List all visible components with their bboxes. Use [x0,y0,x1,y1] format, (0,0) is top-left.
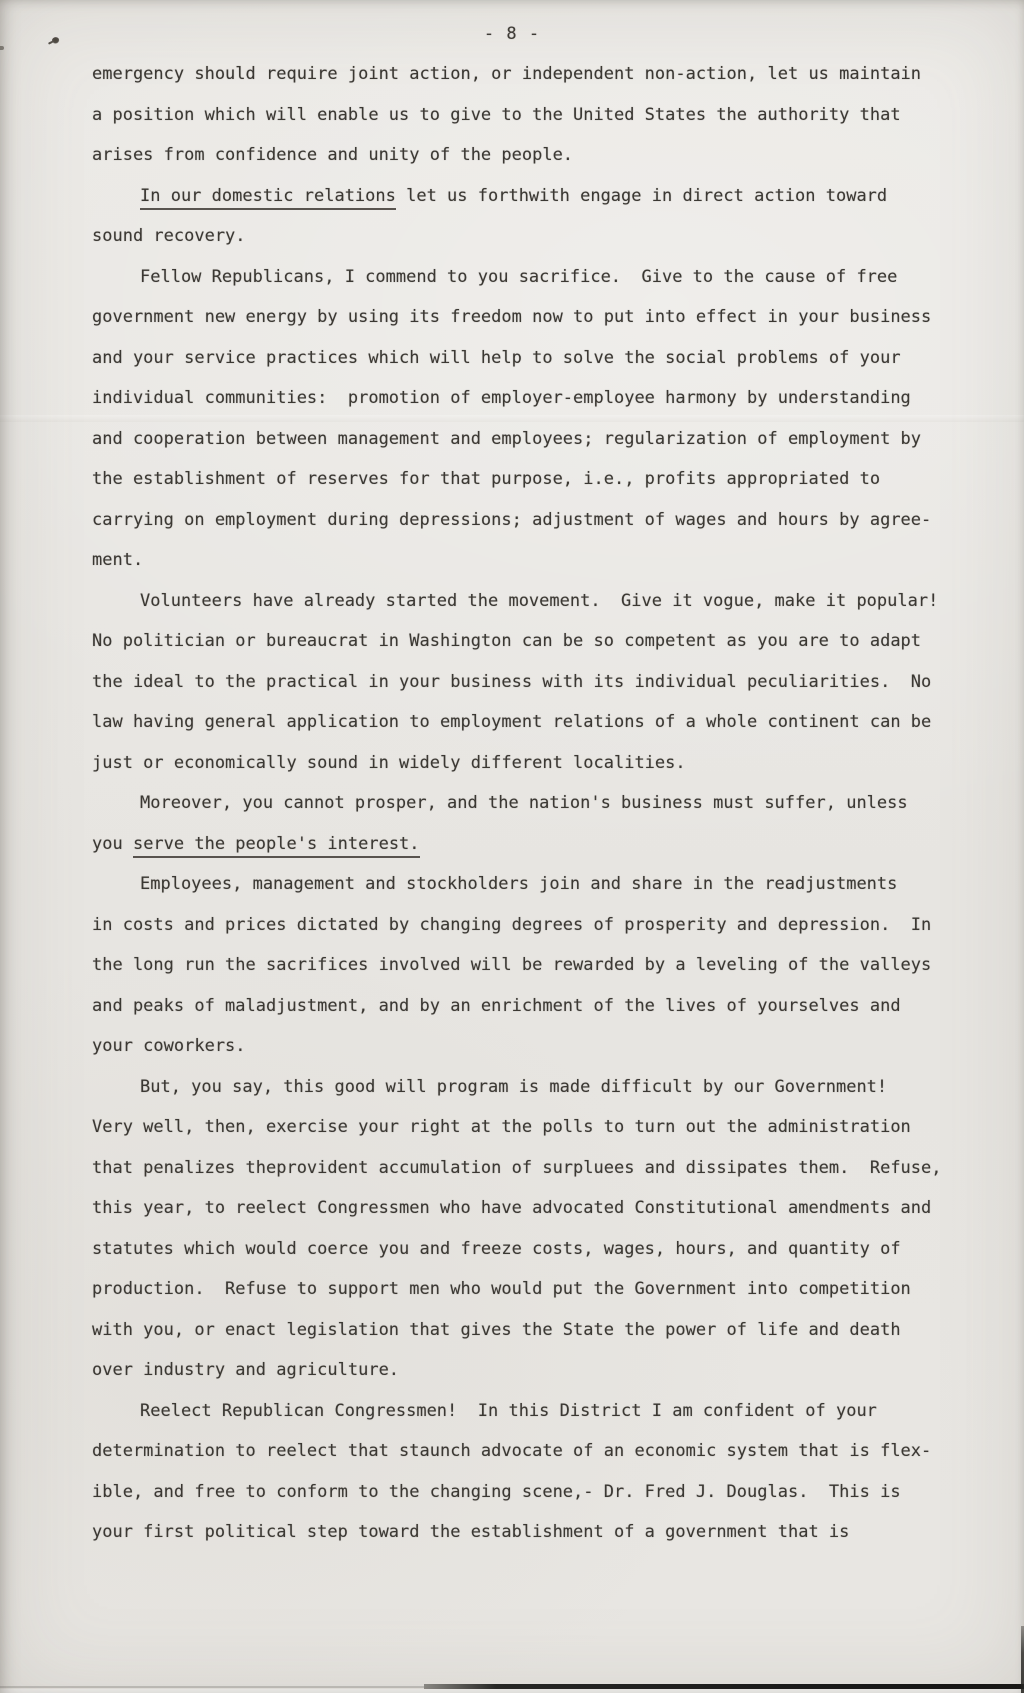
text-segment: sound recovery. [92,226,246,246]
text-line: Moreover, you cannot prosper, and the na… [92,783,992,824]
text-line: individual communities: promotion of emp… [92,378,992,419]
text-segment: carrying on employment during depression… [92,510,931,530]
text-segment: your first political step toward the est… [92,1522,849,1542]
text-segment: emergency should require joint action, o… [92,64,921,84]
text-segment: determination to reelect that staunch ad… [92,1441,931,1461]
text-segment: with you, or enact legislation that give… [92,1320,901,1340]
text-line: in costs and prices dictated by changing… [92,905,992,946]
text-line: Volunteers have already started the move… [92,581,992,622]
text-line: and cooperation between management and e… [92,419,992,460]
text-line: just or economically sound in widely dif… [92,743,992,784]
scan-edge-bottom-left [0,1686,430,1688]
text-line: emergency should require joint action, o… [92,54,992,95]
text-line: determination to reelect that staunch ad… [92,1431,992,1472]
underlined-text: serve the people's interest. [133,834,420,858]
text-segment: statutes which would coerce you and free… [92,1239,901,1259]
text-line: your coworkers. [92,1026,992,1067]
text-segment: the ideal to the practical in your busin… [92,672,931,692]
text-segment: and peaks of maladjustment, and by an en… [92,996,901,1016]
text-segment: this year, to reelect Congressmen who ha… [92,1198,931,1218]
text-line: over industry and agriculture. [92,1350,992,1391]
text-segment: government new energy by using its freed… [92,307,931,327]
text-segment: arises from confidence and unity of the … [92,145,573,165]
text-segment: in costs and prices dictated by changing… [92,915,931,935]
text-line: the establishment of reserves for that p… [92,459,992,500]
text-segment: Very well, then, exercise your right at … [92,1117,911,1137]
text-segment: a position which will enable us to give … [92,105,901,125]
document-page: - 8 - emergency should require joint act… [0,0,1024,1693]
text-line: arises from confidence and unity of the … [92,135,992,176]
text-line: and peaks of maladjustment, and by an en… [92,986,992,1027]
text-line: with you, or enact legislation that give… [92,1310,992,1351]
text-line: sound recovery. [92,216,992,257]
text-line: the long run the sacrifices involved wil… [92,945,992,986]
text-line: But, you say, this good will program is … [92,1067,992,1108]
text-line: ible, and free to conform to the changin… [92,1472,992,1513]
text-segment: the long run the sacrifices involved wil… [92,955,931,975]
text-segment: ible, and free to conform to the changin… [92,1482,901,1502]
text-line: government new energy by using its freed… [92,297,992,338]
text-line: and your service practices which will he… [92,338,992,379]
text-line: No politician or bureaucrat in Washingto… [92,621,992,662]
text-line: this year, to reelect Congressmen who ha… [92,1188,992,1229]
text-segment: individual communities: promotion of emp… [92,388,911,408]
text-segment: law having general application to employ… [92,712,931,732]
text-segment: your coworkers. [92,1036,246,1056]
text-segment: Reelect Republican Congressmen! In this … [140,1401,877,1421]
text-line: law having general application to employ… [92,702,992,743]
text-line: production. Refuse to support men who wo… [92,1269,992,1310]
text-segment: But, you say, this good will program is … [140,1077,887,1097]
text-segment: Moreover, you cannot prosper, and the na… [140,793,908,813]
text-line: Fellow Republicans, I commend to you sac… [92,257,992,298]
text-line: statutes which would coerce you and free… [92,1229,992,1270]
text-line: ment. [92,540,992,581]
text-segment: production. Refuse to support men who wo… [92,1279,911,1299]
text-segment: Fellow Republicans, I commend to you sac… [140,267,897,287]
text-line: the ideal to the practical in your busin… [92,662,992,703]
text-segment: let us forthwith engage in direct action… [396,186,887,206]
text-line: your first political step toward the est… [92,1512,992,1553]
text-segment: and cooperation between management and e… [92,429,921,449]
text-line: a position which will enable us to give … [92,95,992,136]
text-segment: you [92,834,133,854]
text-line: carrying on employment during depression… [92,500,992,541]
text-segment: that penalizes theprovident accumulation… [92,1158,942,1178]
page-number: - 8 - [0,24,1024,44]
text-segment: No politician or bureaucrat in Washingto… [92,631,921,651]
text-segment: Volunteers have already started the move… [140,591,938,611]
text-line: Employees, management and stockholders j… [92,864,992,905]
text-line: that penalizes theprovident accumulation… [92,1148,992,1189]
edge-speck [0,46,4,50]
text-segment: the establishment of reserves for that p… [92,469,880,489]
text-line: Reelect Republican Congressmen! In this … [92,1391,992,1432]
text-segment: Employees, management and stockholders j… [140,874,897,894]
text-line: In our domestic relations let us forthwi… [92,176,992,217]
text-segment: over industry and agriculture. [92,1360,399,1380]
document-body: emergency should require joint action, o… [92,54,992,1553]
underlined-text: In our domestic relations [140,186,396,210]
text-line: Very well, then, exercise your right at … [92,1107,992,1148]
text-segment: ment. [92,550,143,570]
text-segment: and your service practices which will he… [92,348,901,368]
text-segment: just or economically sound in widely dif… [92,753,686,773]
text-line: you serve the people's interest. [92,824,992,865]
scan-edge-bottom-margin [0,1689,1024,1693]
